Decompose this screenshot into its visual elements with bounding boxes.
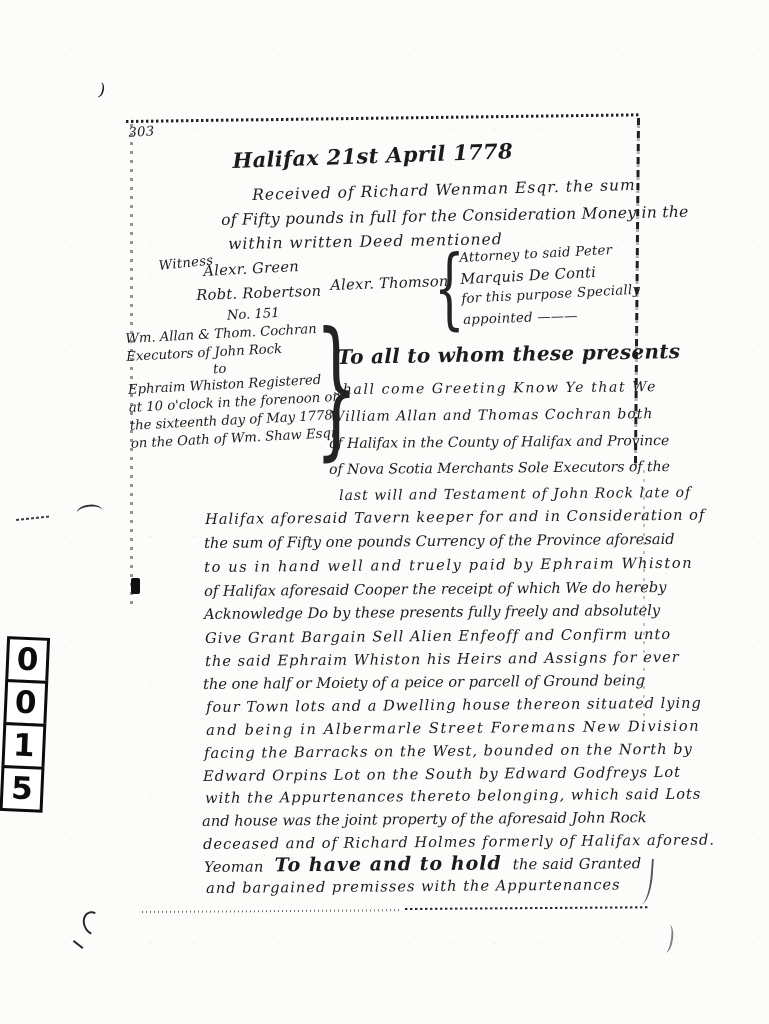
stray-arc-mark-left: [76, 503, 103, 521]
attorney-signature: Alexr. Thomson: [330, 273, 449, 294]
film-frame-digit: 5: [0, 765, 44, 813]
page-top-edge: [126, 113, 641, 123]
stray-paren-mark-top: ): [96, 80, 108, 101]
habendum-phrase: To have and to hold: [268, 852, 507, 876]
deed-body-line: to us in hand well and truely paid by Ep…: [204, 555, 693, 576]
deed-body-line: Give Grant Bargain Sell Alien Enfeoff an…: [205, 626, 671, 647]
witness-signature: Alexr. Green: [203, 258, 299, 280]
left-edge-ink-blob: [131, 578, 140, 594]
deed-body-line: deceased and of Richard Holmes formerly …: [203, 832, 715, 853]
film-frame-digit: 1: [1, 722, 46, 770]
deed-body-line: of Nova Scotia Merchants Sole Executors …: [329, 459, 670, 478]
deed-body-line: the one half or Moiety of a peice or par…: [203, 672, 645, 693]
deed-body-line: and bargained premisses with the Appurte…: [206, 876, 621, 897]
habendum-post: the said Granted: [513, 855, 642, 873]
attorney-note-line: Marquis De Conti: [460, 264, 597, 288]
stray-dash-mark-left: [16, 515, 50, 521]
deed-body-line: facing the Barracks on the West, bounded…: [204, 741, 693, 762]
stray-circle-mark-bottom: [79, 908, 107, 939]
deed-body-line: Halifax aforesaid Tavern keeper for and …: [205, 507, 705, 528]
deed-body-line: William Allan and Thomas Cochran both: [330, 406, 653, 425]
deed-body-line: and being in Albermarle Street Foremans …: [206, 718, 700, 739]
film-frame-digit: 0: [3, 679, 48, 727]
deed-body-line: last will and Testament of John Rock lat…: [339, 485, 691, 504]
habendum-pre: Yeoman: [204, 858, 264, 876]
dateline: Halifax 21st April 1778: [232, 138, 513, 173]
film-frame-digit: 0: [5, 636, 50, 684]
witness-signature: Robt. Robertson: [196, 283, 322, 304]
receipt-line: of Fifty pounds in full for the Consider…: [221, 203, 689, 229]
deed-body-line: with the Appurtenances thereto belonging…: [205, 786, 701, 807]
scanned-deed-document: ) 0 0 1 5 303 Halifax 21st April 1778 Re…: [0, 0, 769, 1024]
deed-opening-line: To all to whom these presents: [337, 339, 681, 369]
page-bottom-edge-right: [405, 906, 650, 910]
page-number: 303: [128, 124, 155, 141]
deed-body-line: Edward Orpins Lot on the South by Edward…: [203, 764, 681, 785]
deed-body-line: shall come Greeting Know Ye that We: [334, 379, 657, 398]
registration-note: No. 151 Wm. Allan & Thom. Cochran Execut…: [124, 302, 347, 454]
film-frame-number-strip: 0 0 1 5: [0, 639, 50, 813]
stray-tick-mark-bottom: [73, 940, 84, 949]
attorney-note-line: appointed ———: [463, 309, 578, 328]
deed-body-line: four Town lots and a Dwelling house ther…: [206, 695, 702, 716]
deed-body-line: of Halifax in the County of Halifax and …: [329, 433, 669, 452]
stray-curve-mark-bottom-right: [660, 924, 675, 953]
deed-body-line: Acknowledge Do by these presents fully f…: [204, 602, 660, 623]
deed-body-line: the said Ephraim Whiston his Heirs and A…: [205, 649, 680, 670]
page-bottom-edge-left: [142, 909, 402, 913]
deed-body-line: of Halifax aforesaid Cooper the receipt …: [204, 579, 667, 600]
deed-habendum-line: Yeoman To have and to hold the said Gran…: [204, 851, 642, 877]
deed-body-line: and house was the joint property of the …: [202, 809, 647, 830]
receipt-line: Received of Richard Wenman Esqr. the sum: [252, 176, 636, 204]
deed-body-line: the sum of Fifty one pounds Currency of …: [204, 531, 675, 552]
